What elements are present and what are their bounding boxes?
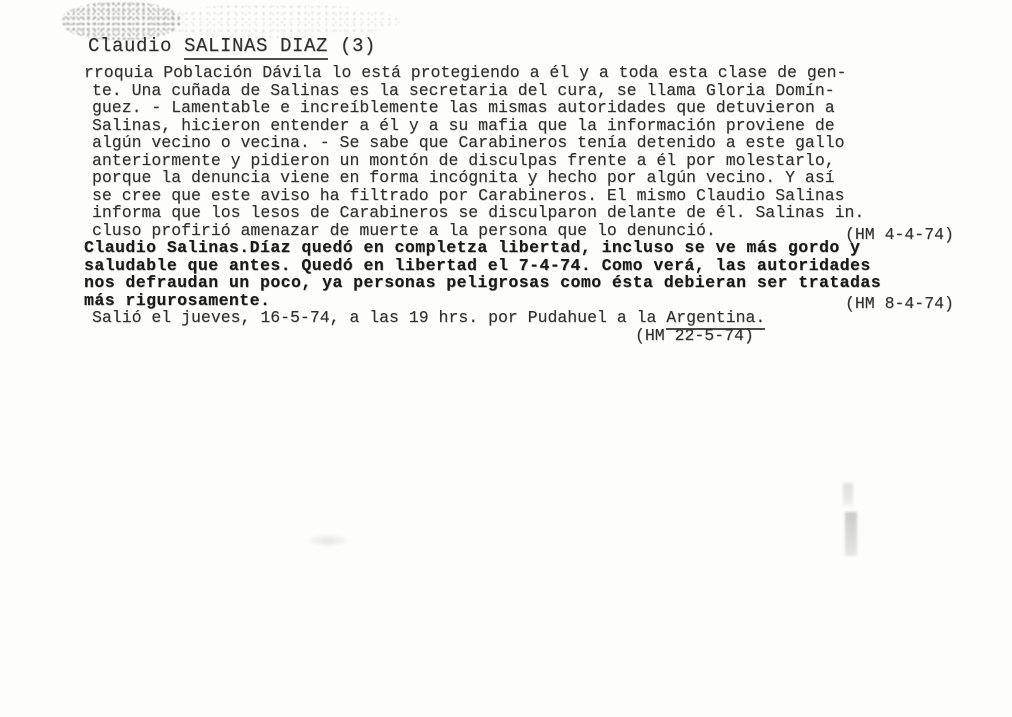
document-line: porque la denuncia viene en forma incógn…: [92, 169, 881, 187]
document-title: Claudio SALINAS DIAZ (3): [88, 35, 376, 57]
document-line: Salió el jueves, 16-5-74, a las 19 hrs. …: [92, 309, 881, 327]
scan-smudge-margin: [845, 512, 857, 556]
document-line: (HM 22-5-74): [84, 327, 881, 345]
scan-smudge-mid: [306, 534, 350, 547]
document-line: saludable que antes. Quedó en libertad e…: [84, 257, 881, 275]
document-line: cluso profirió amenazar de muerte a la p…: [92, 222, 881, 240]
document-line: algún vecino o vecina. - Se sabe que Car…: [92, 134, 881, 152]
title-underlined-name: SALINAS DIAZ: [184, 35, 328, 60]
document-line: informa que los lesos de Carabineros se …: [92, 204, 881, 222]
title-suffix: (3): [328, 35, 376, 57]
document-line: Salinas, hicieron entender a él y a su m…: [92, 117, 881, 135]
document-line: te. Una cuñada de Salinas es la secretar…: [92, 82, 881, 100]
document-line: nos defraudan un poco, ya personas pelig…: [84, 274, 881, 292]
document-body: rroquia Población Dávila lo está protegi…: [84, 64, 881, 344]
document-line: guez. - Lamentable e increíblemente las …: [92, 99, 881, 117]
document-line: Claudio Salinas.Díaz quedó en completza …: [84, 239, 881, 257]
line-text: Salió el jueves, 16-5-74, a las 19 hrs. …: [92, 308, 666, 327]
scan-smudge-speckle: [150, 4, 400, 38]
document-line: se cree que este aviso ha filtrado por C…: [92, 187, 881, 205]
title-prefix: Claudio: [88, 35, 184, 57]
line-text: más rigurosamente.: [84, 291, 270, 310]
line-text: cluso profirió amenazar de muerte a la p…: [92, 221, 716, 240]
scan-smudge-margin: [843, 483, 853, 505]
document-line: rroquia Población Dávila lo está protegi…: [84, 64, 881, 82]
document-line: anteriormente y pidieron un montón de di…: [92, 152, 881, 170]
date-stamp: (HM 22-5-74): [635, 327, 754, 345]
document-line: más rigurosamente.(HM 8-4-74): [84, 292, 881, 310]
scanned-document-page: Claudio SALINAS DIAZ (3) rroquia Poblaci…: [0, 0, 1012, 717]
